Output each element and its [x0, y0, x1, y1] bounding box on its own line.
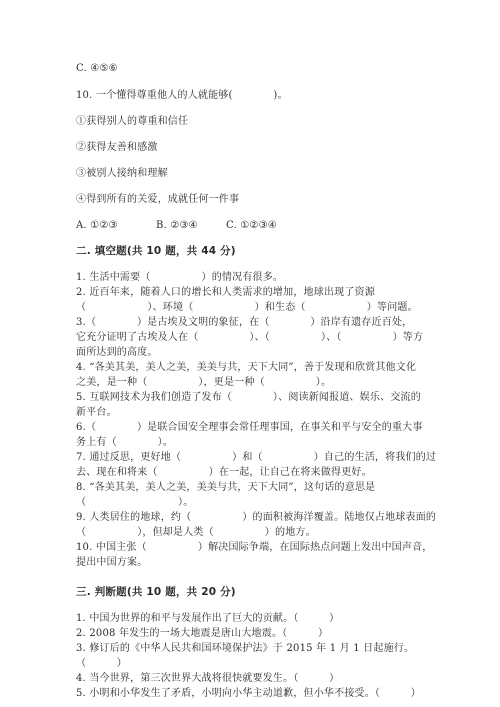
question-10-item-1: ①获得别人的尊重和信任	[76, 115, 188, 128]
fill-line: 10. 中国主张（ ）解决国际争端，在国际热点问题上发出中国声音，	[76, 541, 432, 554]
question-10-option-a: A. ①②③	[76, 219, 118, 232]
fill-line: 1. 生活中需要（ ）的情况有很多。	[76, 271, 283, 284]
question-10-stem: 10. 一个懂得尊重他人的人就能够( )。	[76, 89, 288, 102]
section-judge-heading: 三. 判断题(共 10 题，共 20 分)	[76, 586, 236, 599]
fill-line: 8. “各美其美，美人之美，美美与共，天下大同”，这句话的意思是	[76, 481, 375, 494]
fill-line: （ ）、环境（ ）和生态（ ）等问题。	[76, 301, 418, 314]
fill-line: （ ）。	[76, 496, 193, 509]
fill-line: （ ），但却是人类（ ）的地方。	[76, 526, 316, 539]
fill-line: 去、现在和将来（ ）在一起，让自己在将来做得更好。	[76, 466, 372, 479]
question-10-item-4: ④得到所有的关爱，成就任何一件事	[76, 193, 239, 206]
judge-line: 3. 修订后的《中华人民共和国环境保护法》于 2015 年 1 月 1 日起施行…	[76, 642, 414, 655]
fill-line: 3.（ ）是古埃及文明的象征，在（ ）沿岸有遗存近百处，	[76, 316, 412, 329]
section-fill-heading: 二. 填空题(共 10 题，共 44 分)	[76, 245, 236, 258]
fill-line: 4. “各美其美，美人之美，美美与共，天下大同”，善于发现和欣赏其他文化	[76, 361, 416, 374]
fill-line: 新平台。	[76, 406, 117, 419]
judge-line: 2. 2008 年发生的一场大地震是唐山大地震。（ ）	[76, 627, 328, 640]
fill-line: 7. 通过反思，更好地（ ）和（ ）自己的生活，将我们的过	[76, 451, 436, 464]
judge-line: 4. 当今世界，第三次世界大战将很快就要发生。（ ）	[76, 672, 339, 685]
fill-line: 它充分证明了古埃及人在（ ）、（ ）、（ ）等方	[76, 331, 423, 344]
judge-line: 5. 小明和小华发生了矛盾，小明向小华主动道歉，但小华不接受。（ ）	[76, 687, 421, 700]
fill-line: 5. 互联网技术为我们创造了发布（ ）、阅读新闻报道、娱乐、交流的	[76, 391, 421, 404]
question-10-option-b: B. ②③④	[156, 219, 198, 232]
question-10-item-2: ②获得友善和感激	[76, 141, 158, 154]
option-c-prev: C. ④⑤⑥	[76, 62, 118, 75]
fill-line: 9. 人类居住的地球，约（ ）的面积被海洋覆盖。陆地仅占地球表面的	[76, 511, 436, 524]
fill-line: 2. 近百年来，随着人口的增长和人类需求的增加，地球出现了资源	[76, 286, 375, 299]
fill-line: 提出中国方案。	[76, 556, 147, 569]
fill-line: 6.（ ）是联合国安全理事会常任理事国，在事关和平与安全的重大事	[76, 421, 423, 434]
judge-line: 1. 中国为世界的和平与发展作出了巨大的贡献。（ ）	[76, 612, 339, 625]
fill-line: 面所达到的高度。	[76, 346, 158, 359]
fill-line: 务上有（ ）。	[76, 436, 173, 449]
question-10-item-3: ③被别人接纳和理解	[76, 167, 168, 180]
judge-line: （ ）	[76, 657, 127, 670]
fill-line: 之美，是一种（ ），更是一种（ ）。	[76, 376, 331, 389]
question-10-option-c: C. ①②③④	[226, 219, 277, 232]
